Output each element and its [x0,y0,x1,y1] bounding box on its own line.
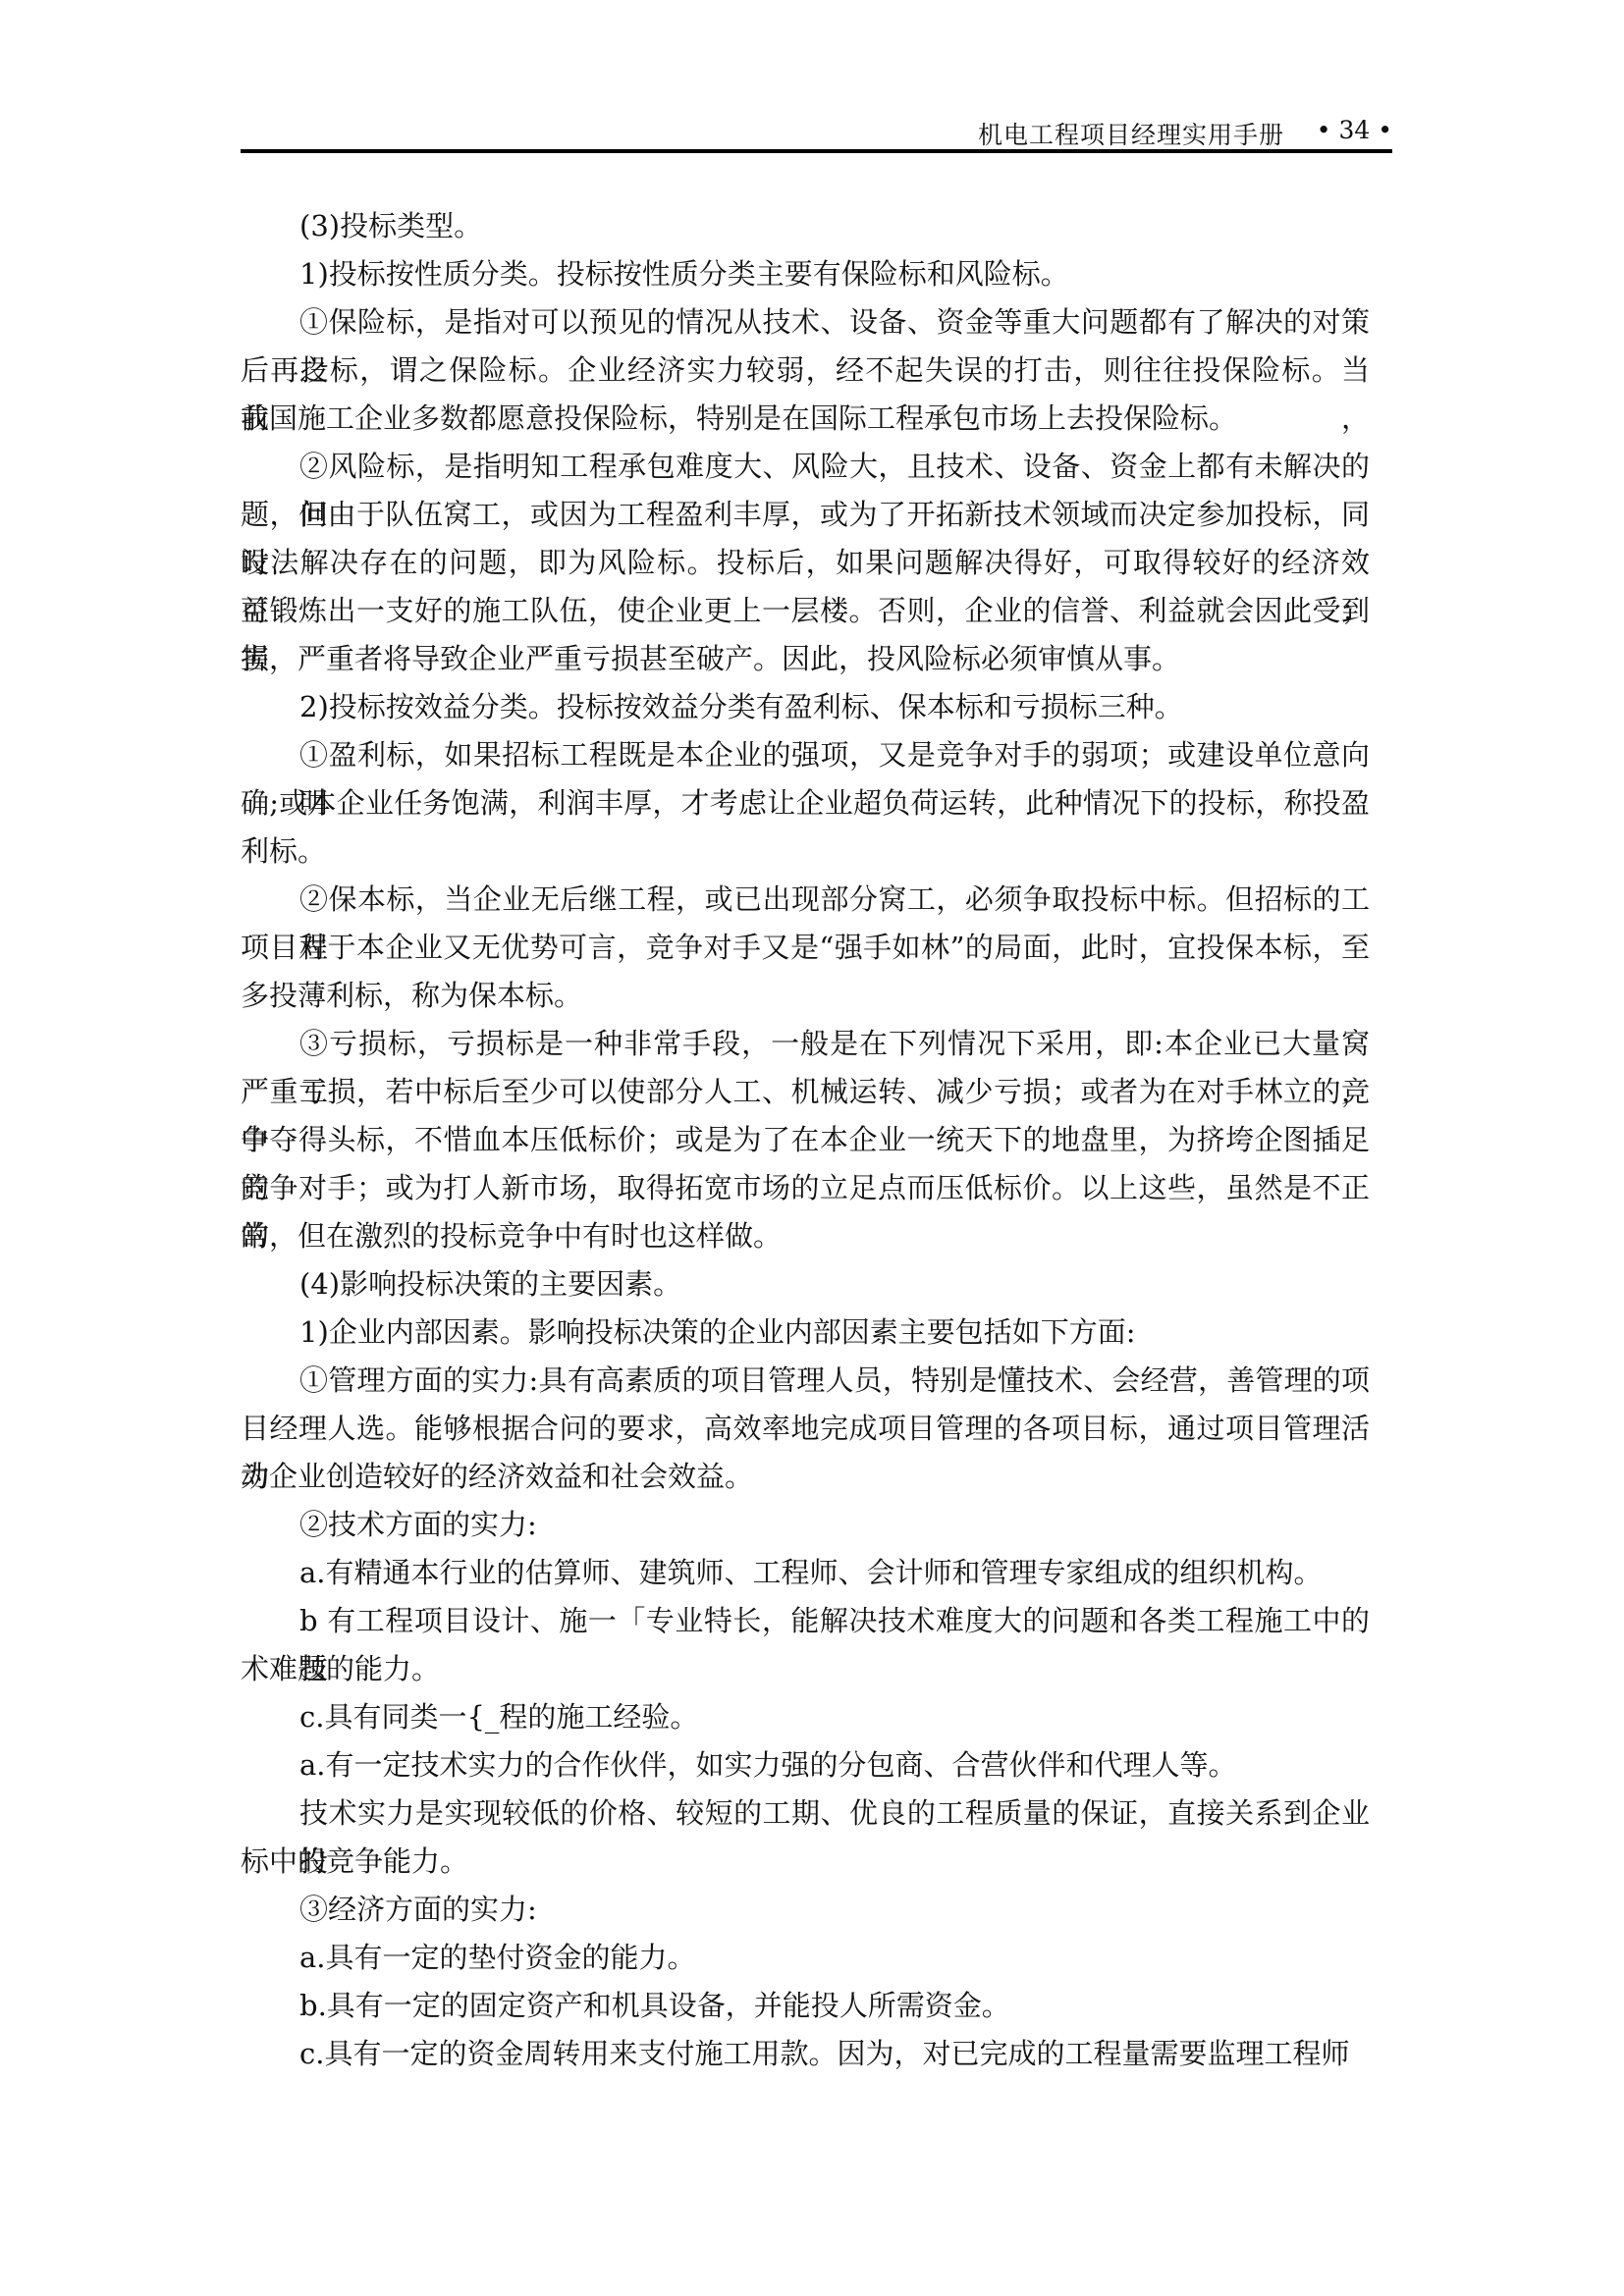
text-line: 技术实力是实现较低的价格、较短的工期、优良的工程质量的保证，直接关系到企业投 [241,1789,1370,1838]
text-line: b.具有一定的固定资产和机具设备，并能投人所需资金。 [241,1982,1370,2030]
text-line: 可锻炼出一支好的施工队伍，使企业更上一层楼。否则，企业的信誉、利益就会因此受到损 [241,587,1370,635]
text-line: 利标。 [241,828,1370,876]
text-line: c.具有同类一{_程的施工经验。 [241,1693,1370,1741]
text-line: a.具有一定的垫付资金的能力。 [241,1934,1370,1982]
page-number: • 34 • [1317,116,1392,144]
text-line: ③经济方面的实力: [241,1886,1370,1934]
text-line: ②技术方面的实力: [241,1501,1370,1549]
text-line: 1)企业内部因素。影响投标决策的企业内部因素主要包括如下方面: [241,1308,1370,1357]
text-line: ②保本标，当企业无后继工程，或已出现部分窝工，必须争取投标中标。但招标的工程 [241,876,1370,924]
text-line: a.有精通本行业的估算师、建筑师、工程师、会计师和管理专家组成的组织机构。 [241,1549,1370,1597]
text-line: 竞争对手；或为打人新市场，取得拓宽市场的立足点而压低标价。以上这些，虽然是不正常 [241,1164,1370,1212]
text-line: 术难题的能力。 [241,1645,1370,1693]
text-line: 害，严重者将导致企业严重亏损甚至破产。因此，投风险标必须审慎从事。 [241,635,1370,683]
text-line: ③亏损标，亏损标是一种非常手段，一般是在下列情况下采用，即:本企业已大量窝工， [241,1020,1370,1068]
text-line: 确;或本企业任务饱满，利润丰厚，才考虑让企业超负荷运转，此种情况下的投标，称投盈 [241,779,1370,828]
text-line: 的，但在激烈的投标竞争中有时也这样做。 [241,1212,1370,1260]
text-line: ②风险标，是指明知工程承包难度大、风险大，且技术、设备、资金上都有未解决的问 [241,443,1370,491]
text-line: ①盈利标，如果招标工程既是本企业的强项，又是竞争对手的弱项；或建设单位意向明 [241,731,1370,779]
running-header: 机电工程项目经理实用手册 • 34 • [241,110,1392,153]
text-line: 题，但由于队伍窝工，或因为工程盈利丰厚，或为了开拓新技术领域而决定参加投标，同时 [241,491,1370,539]
text-line: 目经理人选。能够根据合问的要求，高效率地完成项目管理的各项目标，通过项目管理活动 [241,1405,1370,1453]
text-line: (4)影响投标决策的主要因素。 [241,1260,1370,1308]
page-body: (3)投标类型。1)投标按性质分类。投标按性质分类主要有保险标和风险标。①保险标… [241,202,1370,2078]
text-line: 为企业创造较好的经济效益和社会效益。 [241,1453,1370,1501]
text-line: 2)投标按效益分类。投标按效益分类有盈利标、保本标和亏损标三种。 [241,683,1370,731]
text-line: 严重亏损，若中标后至少可以使部分人工、机械运转、减少亏损；或者为在对手林立的竞争 [241,1068,1370,1116]
text-line: 中夺得头标，不惜血本压低标价；或是为了在本企业一统天下的地盘里，为挤垮企图插足的 [241,1116,1370,1164]
text-line: b 有工程项目设计、施一「专业特长，能解决技术难度大的问题和各类工程施工中的技 [241,1597,1370,1645]
header-rule [241,149,1392,153]
text-line: 我国施工企业多数都愿意投保险标，特别是在国际工程承包市场上去投保险标。 [241,395,1370,443]
text-line: 后再投标，谓之保险标。企业经济实力较弱，经不起失误的打击，则往往投保险标。当前， [241,347,1370,395]
text-line: a.有一定技术实力的合作伙伴，如实力强的分包商、合营伙伴和代理人等。 [241,1741,1370,1789]
text-line: ①管理方面的实力:具有高素质的项目管理人员，特别是懂技术、会经营，善管理的项 [241,1357,1370,1405]
text-line: (3)投标类型。 [241,202,1370,250]
text-line: 标中的竞争能力。 [241,1838,1370,1886]
text-line: 1)投标按性质分类。投标按性质分类主要有保险标和风险标。 [241,250,1370,298]
text-line: c.具有一定的资金周转用来支付施工用款。因为，对已完成的工程量需要监理工程师 [241,2030,1370,2078]
text-line: 多投薄利标，称为保本标。 [241,972,1370,1020]
text-line: 项目对于本企业又无优势可言，竞争对手又是“强手如林”的局面，此时，宜投保本标，至 [241,924,1370,972]
book-title: 机电工程项目经理实用手册 [978,116,1284,151]
text-line: ①保险标，是指对可以预见的情况从技术、设备、资金等重大问题都有了解决的对策之 [241,298,1370,347]
text-line: 设法解决存在的问题，即为风险标。投标后，如果问题解决得好，可取得较好的经济效益； [241,539,1370,587]
